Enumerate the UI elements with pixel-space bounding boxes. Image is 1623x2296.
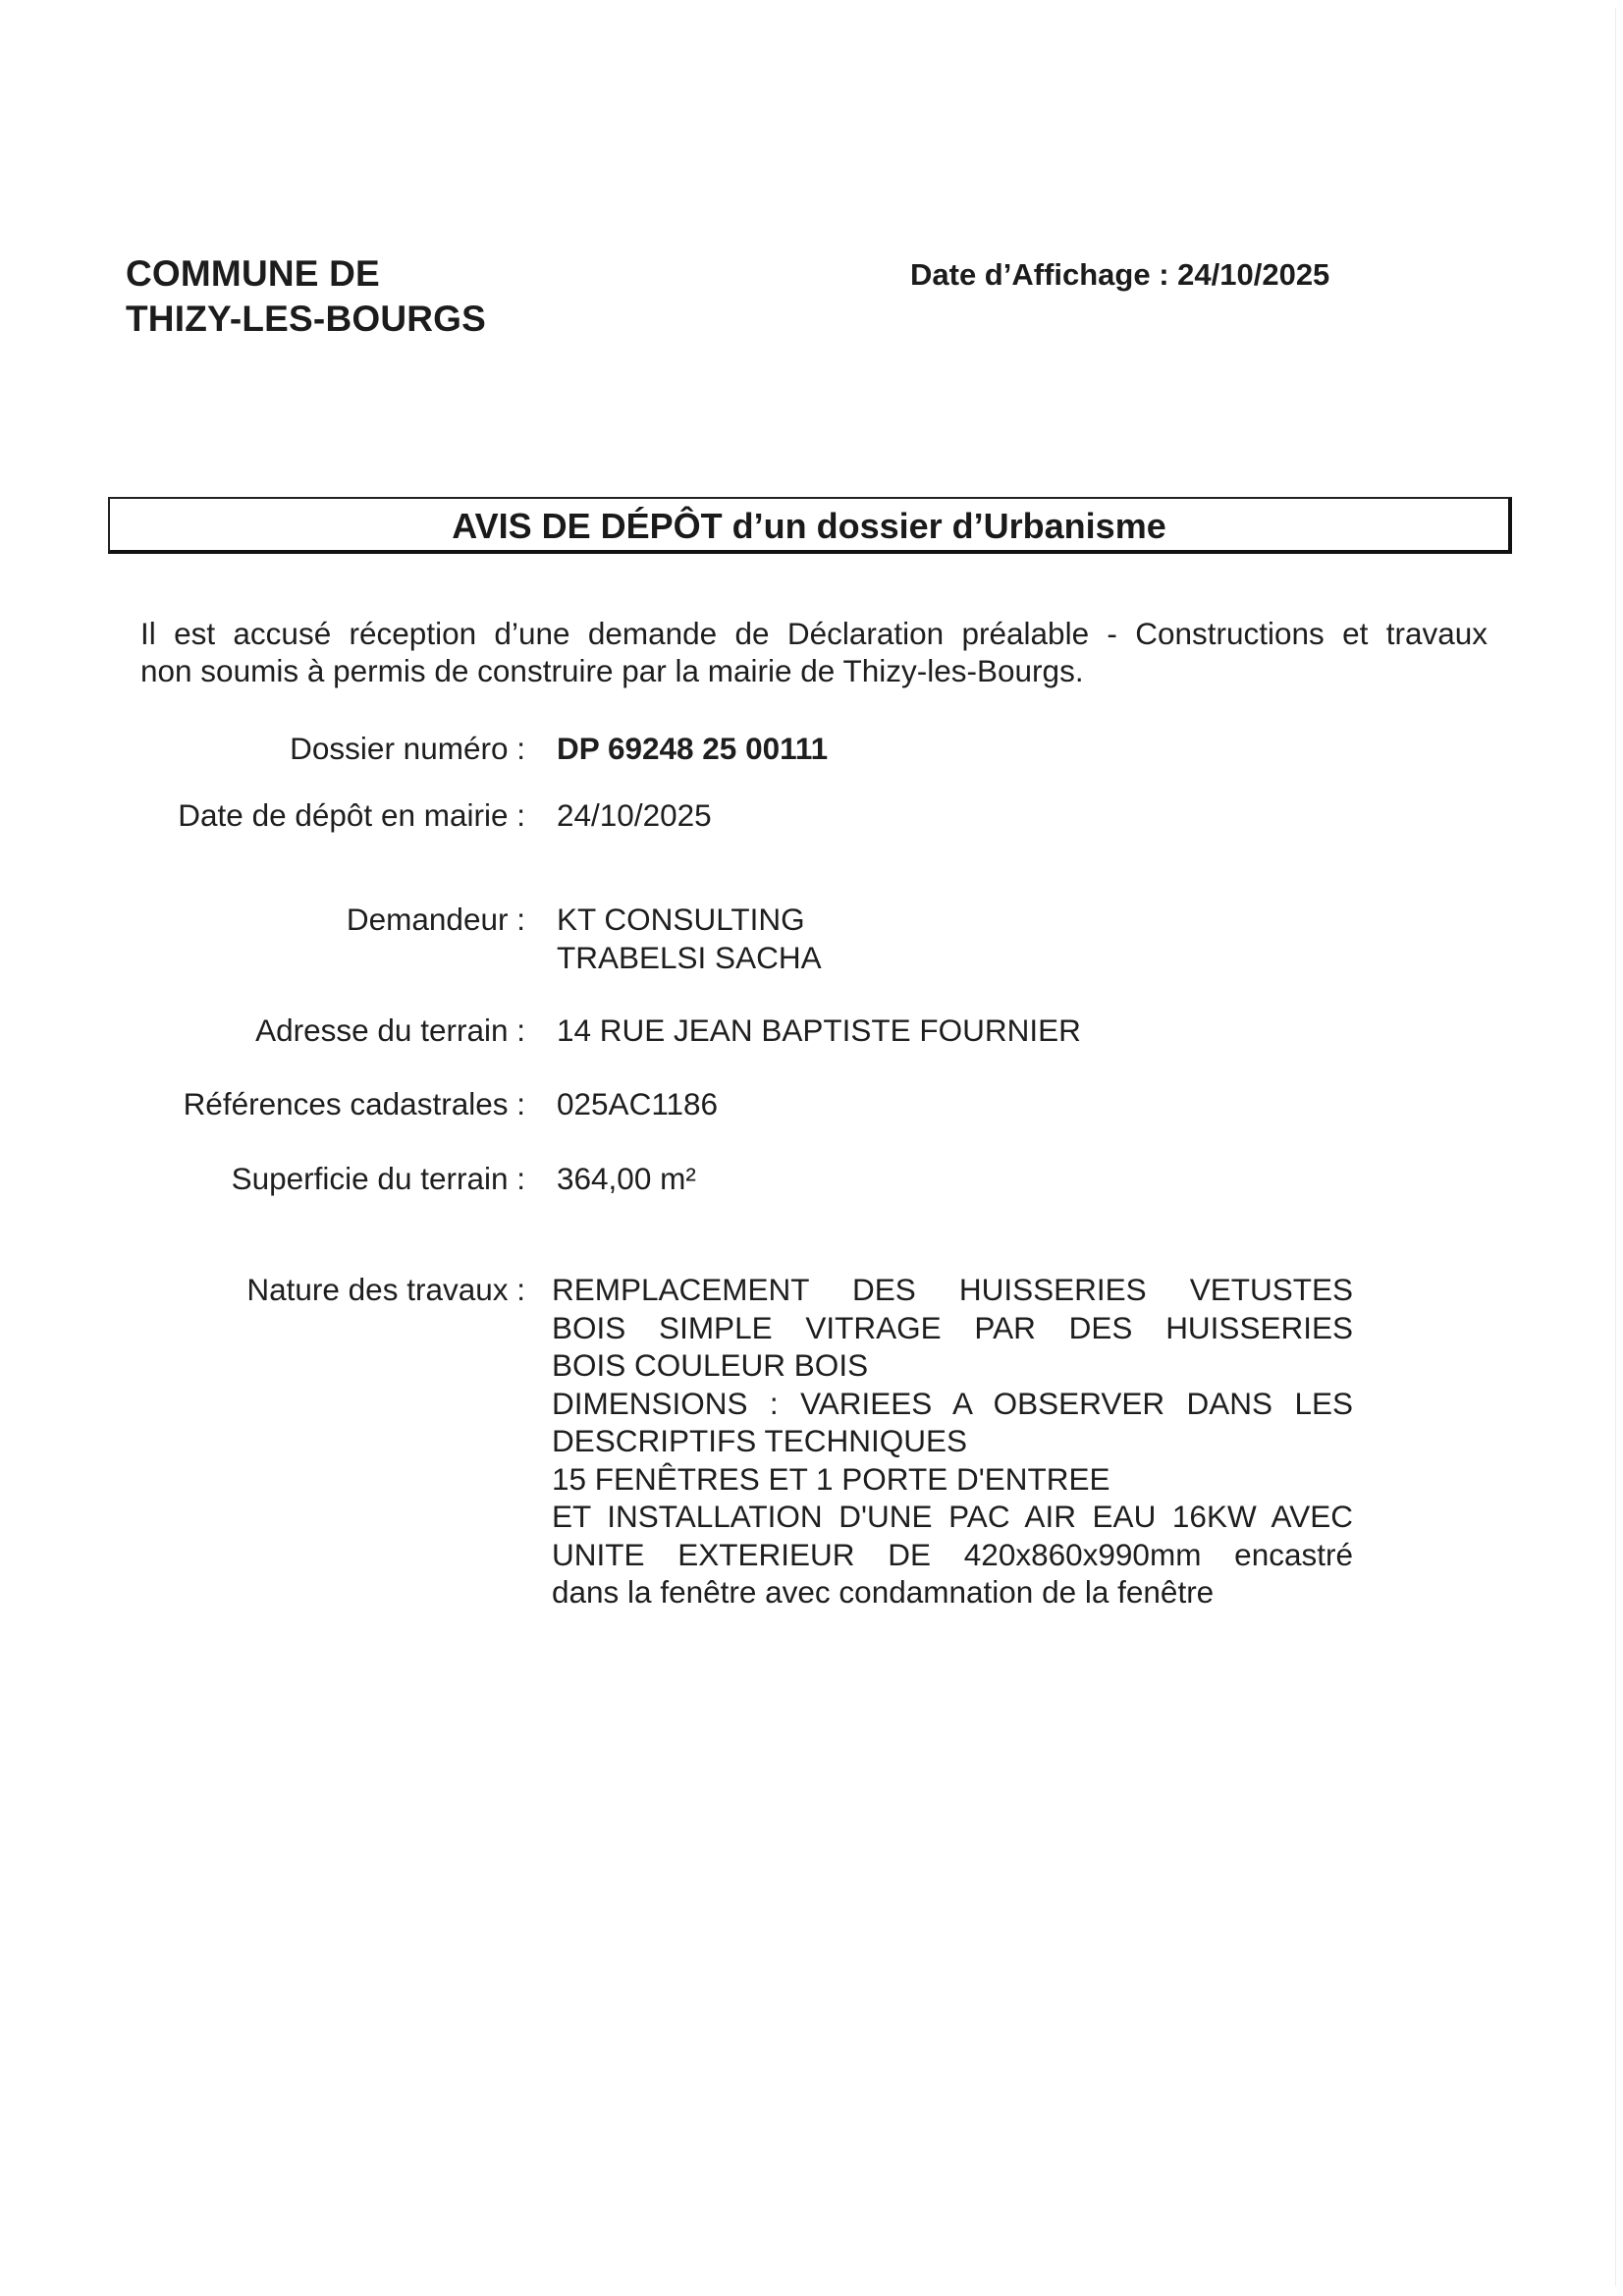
title-box: AVIS DE DÉPÔT d’un dossier d’Urbanisme: [108, 497, 1512, 554]
demandeur-line-2: TRABELSI SACHA: [557, 939, 822, 977]
nature-line: BOIS COULEUR BOIS: [552, 1346, 1353, 1385]
intro-line-1: Il est accusé réception d’une demande de…: [140, 615, 1488, 652]
document-title: AVIS DE DÉPÔT d’un dossier d’Urbanisme: [110, 507, 1508, 546]
field-value: 364,00 m²: [557, 1160, 696, 1198]
commune-line-2: THIZY-LES-BOURGS: [126, 297, 486, 342]
field-label: Dossier numéro :: [290, 730, 525, 768]
field-label: Adresse du terrain :: [255, 1011, 525, 1050]
intro-paragraph: Il est accusé réception d’une demande de…: [140, 615, 1488, 689]
nature-line: DESCRIPTIFS TECHNIQUES: [552, 1422, 1353, 1460]
nature-line: BOIS SIMPLE VITRAGE PAR DES HUISSERIES: [552, 1309, 1353, 1347]
nature-line: DIMENSIONS : VARIEES A OBSERVER DANS LES: [552, 1385, 1353, 1423]
field-value: 24/10/2025: [557, 796, 712, 835]
nature-line: ET INSTALLATION D'UNE PAC AIR EAU 16KW A…: [552, 1498, 1353, 1536]
field-label: Date de dépôt en mairie :: [178, 796, 525, 835]
field-value: 025AC1186: [557, 1085, 718, 1123]
intro-line-2: non soumis à permis de construire par la…: [140, 652, 1488, 689]
demandeur-line-1: KT CONSULTING: [557, 901, 822, 939]
field-label: Nature des travaux :: [246, 1271, 525, 1309]
date-affichage: Date d’Affichage : 24/10/2025: [910, 257, 1329, 293]
nature-line: dans la fenêtre avec condamnation de la …: [552, 1573, 1353, 1612]
field-label: Demandeur :: [347, 901, 525, 939]
commune-name: COMMUNE DE THIZY-LES-BOURGS: [126, 251, 486, 342]
nature-line: 15 FENÊTRES ET 1 PORTE D'ENTREE: [552, 1460, 1353, 1499]
field-value: 14 RUE JEAN BAPTISTE FOURNIER: [557, 1011, 1081, 1050]
commune-line-1: COMMUNE DE: [126, 251, 486, 297]
nature-line: REMPLACEMENT DES HUISSERIES VETUSTES: [552, 1271, 1353, 1309]
page-edge-line: [1615, 8, 1616, 2286]
nature-line: UNITE EXTERIEUR DE 420x860x990mm encastr…: [552, 1536, 1353, 1574]
field-label: Superficie du terrain :: [232, 1160, 525, 1198]
field-value: REMPLACEMENT DES HUISSERIES VETUSTES BOI…: [552, 1271, 1353, 1612]
field-label: Références cadastrales :: [184, 1085, 525, 1123]
field-value: DP 69248 25 00111: [557, 730, 828, 768]
field-value: KT CONSULTING TRABELSI SACHA: [557, 901, 822, 976]
